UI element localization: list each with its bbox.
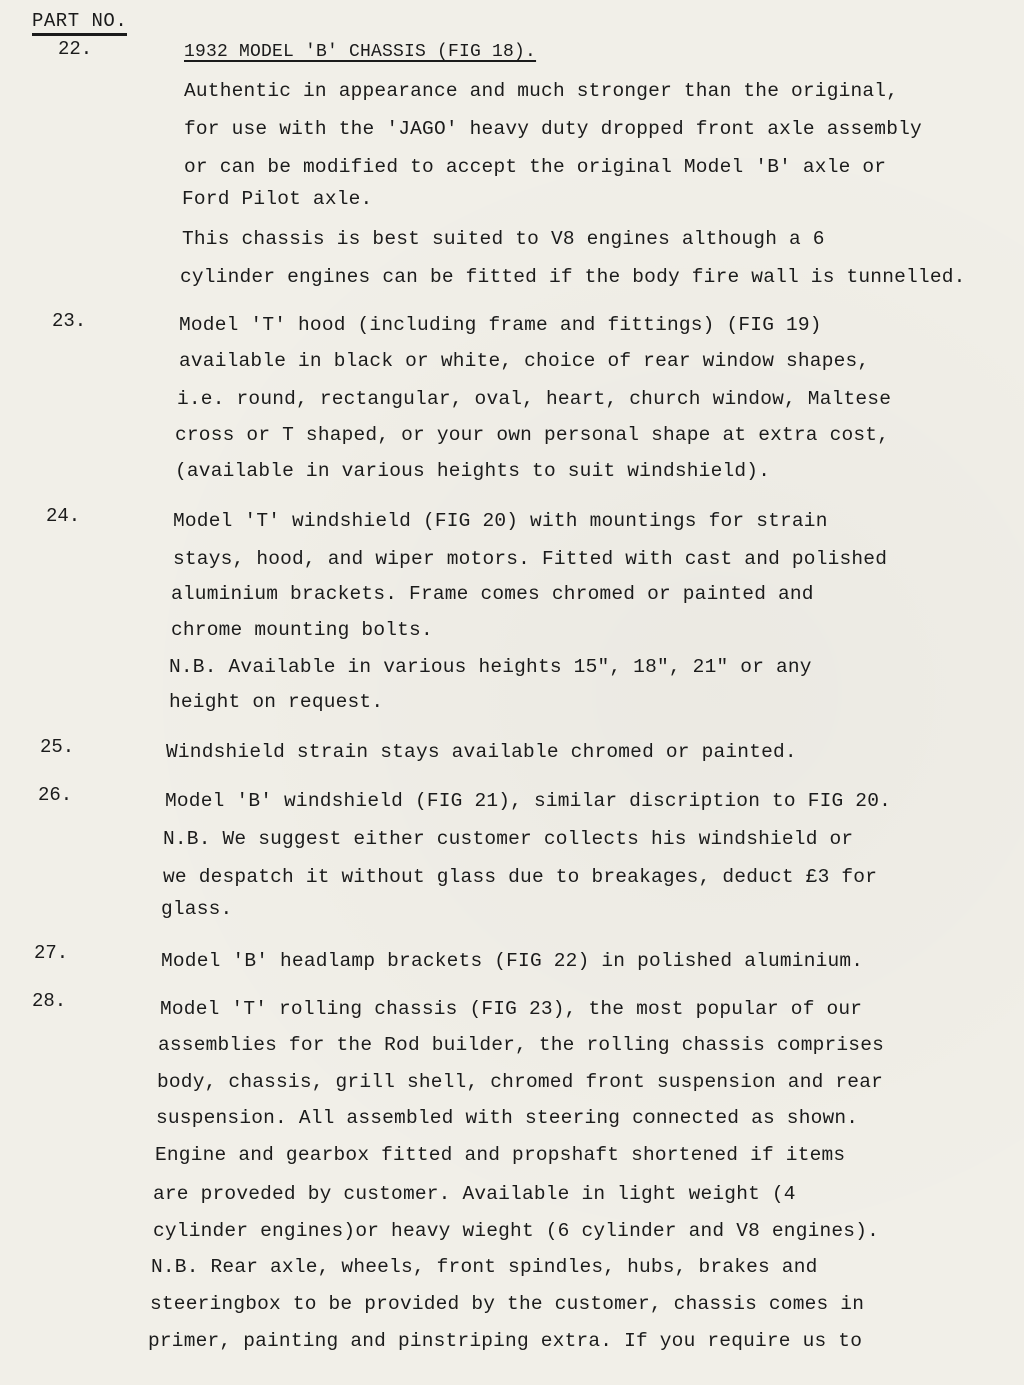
document-page: PART NO. 22. 1932 MODEL 'B' CHASSIS (FIG…	[0, 0, 1024, 1385]
text-line: or can be modified to accept the origina…	[184, 156, 886, 178]
text-line: cross or T shaped, or your own personal …	[175, 424, 889, 446]
part-number: 24.	[46, 505, 80, 527]
text-line: Model 'B' windshield (FIG 21), similar d…	[165, 790, 891, 812]
text-line: Engine and gearbox fitted and propshaft …	[155, 1144, 845, 1166]
text-line: available in black or white, choice of r…	[179, 350, 869, 372]
text-line: aluminium brackets. Frame comes chromed …	[171, 583, 814, 605]
text-line: N.B. We suggest either customer collects…	[163, 828, 853, 850]
text-line: This chassis is best suited to V8 engine…	[182, 228, 825, 250]
part-no-header: PART NO.	[32, 10, 127, 36]
part-number: 28.	[32, 990, 66, 1012]
text-line: Model 'T' hood (including frame and fitt…	[179, 314, 822, 336]
text-line: we despatch it without glass due to brea…	[163, 866, 877, 888]
text-line: primer, painting and pinstriping extra. …	[148, 1330, 862, 1352]
text-line: Windshield strain stays available chrome…	[166, 741, 797, 763]
text-line: Model 'T' rolling chassis (FIG 23), the …	[160, 998, 862, 1020]
text-line: Model 'T' windshield (FIG 20) with mount…	[173, 510, 828, 532]
part-title: 1932 MODEL 'B' CHASSIS (FIG 18).	[184, 42, 536, 62]
text-line: cylinder engines can be fitted if the bo…	[180, 266, 966, 288]
part-number: 25.	[40, 736, 74, 758]
text-line: chrome mounting bolts.	[171, 619, 433, 641]
text-line: N.B. Available in various heights 15", 1…	[169, 656, 812, 678]
text-line: suspension. All assembled with steering …	[156, 1107, 858, 1129]
text-line: Authentic in appearance and much stronge…	[184, 80, 898, 102]
text-line: are proveded by customer. Available in l…	[153, 1183, 796, 1205]
text-line: glass.	[161, 898, 232, 920]
part-number: 26.	[38, 784, 72, 806]
part-number: 27.	[34, 942, 68, 964]
text-line: cylinder engines)or heavy wieght (6 cyli…	[153, 1220, 879, 1242]
text-line: stays, hood, and wiper motors. Fitted wi…	[173, 548, 887, 570]
text-line: N.B. Rear axle, wheels, front spindles, …	[151, 1256, 818, 1278]
text-line: height on request.	[169, 691, 383, 713]
text-line: i.e. round, rectangular, oval, heart, ch…	[177, 388, 891, 410]
text-line: body, chassis, grill shell, chromed fron…	[157, 1071, 883, 1093]
text-line: Model 'B' headlamp brackets (FIG 22) in …	[161, 950, 863, 972]
text-line: Ford Pilot axle.	[182, 188, 372, 210]
text-line: for use with the 'JAGO' heavy duty dropp…	[184, 118, 922, 140]
text-line: steeringbox to be provided by the custom…	[150, 1293, 864, 1315]
text-line: (available in various heights to suit wi…	[175, 460, 770, 482]
part-number: 23.	[52, 310, 86, 332]
paper-texture	[0, 0, 1024, 1385]
part-number: 22.	[58, 38, 92, 60]
text-line: assemblies for the Rod builder, the roll…	[158, 1034, 884, 1056]
